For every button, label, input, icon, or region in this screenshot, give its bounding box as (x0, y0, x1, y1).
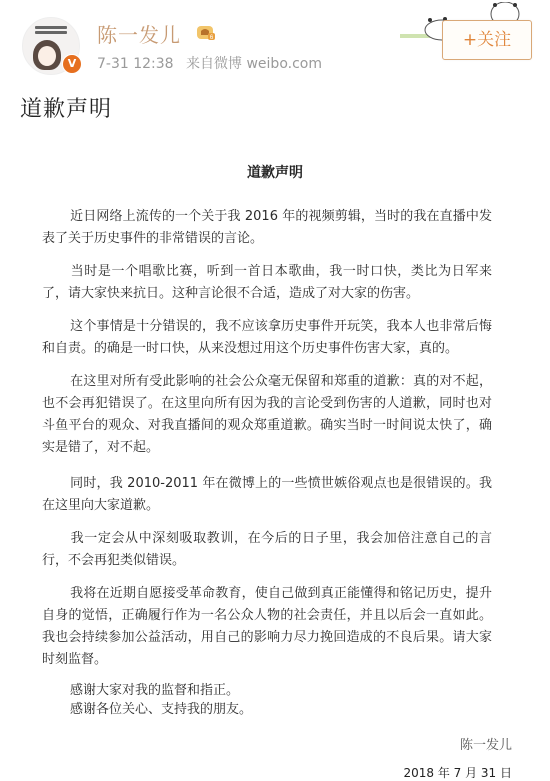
paragraph-text: 我将在近期自愿接受革命教育，使自己做到真正能懂得和铭记历史，提升自身的觉悟，正确… (42, 586, 492, 667)
document-paragraph: 同时，我 2010-2011 年在微博上的一些愤世嫉俗观点也是很错误的。我在这里… (42, 473, 492, 517)
document-paragraph: 我一定会从中深刻吸取教训，在今后的日子里，我会加倍注意自己的言行，不会再犯类似错… (42, 528, 492, 572)
verified-v-icon: V (62, 54, 82, 74)
crown-level-icon: 6 (196, 23, 216, 41)
document-paragraph: 近日网络上流传的一个关于我 2016 年的视频剪辑，当时的我在直播中发表了关于历… (42, 206, 492, 250)
post-header: V 陈一发儿 6 7-31 12:38 来自微博 weibo.com +关注 (0, 0, 550, 90)
post-meta: 7-31 12:38 来自微博 weibo.com (97, 53, 330, 73)
signature: 陈一发儿 (460, 734, 512, 753)
paragraph-text: 这个事情是十分错误的，我不应该拿历史事件开玩笑，我本人也非常后悔和自责。的确是一… (42, 319, 492, 356)
paragraph-text: 我一定会从中深刻吸取教训，在今后的日子里，我会加倍注意自己的言行，不会再犯类似错… (42, 531, 492, 568)
follow-button[interactable]: +关注 (442, 20, 532, 60)
paragraph-text: 近日网络上流传的一个关于我 2016 年的视频剪辑，当时的我在直播中发表了关于历… (42, 209, 492, 246)
paragraph-text: 当时是一个唱歌比赛，听到一首日本歌曲，我一时口快，类比为日军来了，请大家快来抗日… (42, 264, 492, 301)
paragraph-text: 在这里对所有受此影响的社会公众毫无保留和郑重的道歉：真的对不起，也不会再犯错误了… (42, 374, 492, 455)
thanks-line: 感谢大家对我的监督和指正。 (70, 682, 239, 700)
document-paragraph: 在这里对所有受此影响的社会公众毫无保留和郑重的道歉：真的对不起，也不会再犯错误了… (42, 371, 492, 459)
document-paragraph: 我将在近期自愿接受革命教育，使自己做到真正能懂得和铭记历史，提升自身的觉悟，正确… (42, 583, 492, 671)
post-source[interactable]: 来自微博 weibo.com (186, 56, 322, 72)
paragraph-text: 同时，我 2010-2011 年在微博上的一些愤世嫉俗观点也是很错误的。我在这里… (42, 476, 492, 513)
avatar-caption-decoration (35, 26, 67, 36)
document-paragraph: 这个事情是十分错误的，我不应该拿历史事件开玩笑，我本人也非常后悔和自责。的确是一… (42, 316, 492, 360)
username-link[interactable]: 陈一发儿 (97, 19, 181, 48)
document-title: 道歉声明 (0, 162, 550, 182)
post-title: 道歉声明 (20, 92, 112, 123)
post-timestamp: 7-31 12:38 (97, 56, 174, 72)
thanks-line: 感谢各位关心、支持我的朋友。 (70, 701, 252, 719)
signature-date: 2018 年 7 月 31 日 (403, 764, 512, 781)
avatar-face-icon (33, 40, 61, 70)
document-paragraph: 当时是一个唱歌比赛，听到一首日本歌曲，我一时口快，类比为日军来了，请大家快来抗日… (42, 261, 492, 305)
